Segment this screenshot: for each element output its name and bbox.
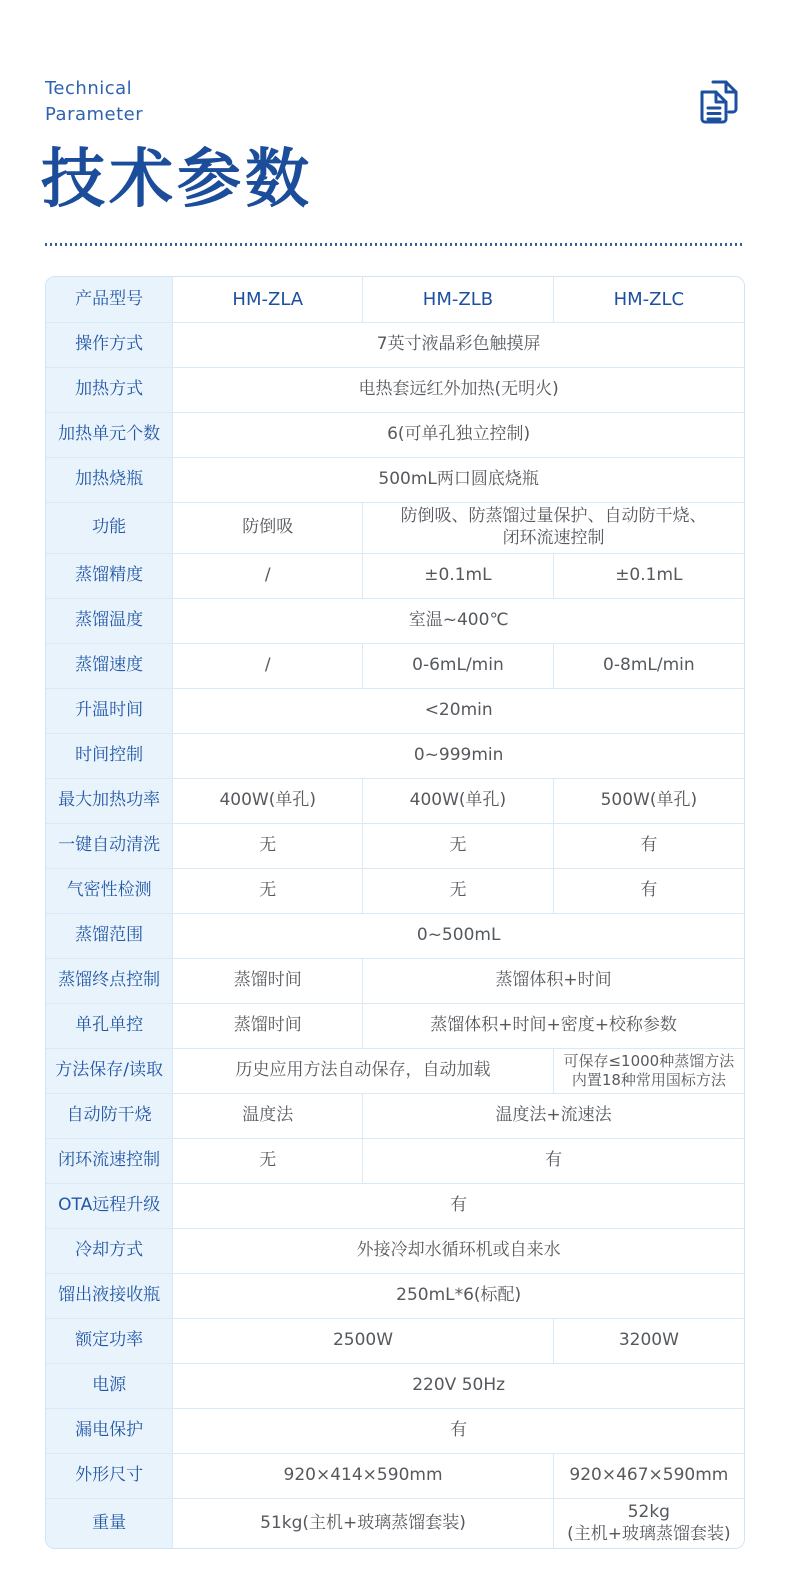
table-row: 馏出液接收瓶250mL*6(标配) [46, 1273, 744, 1318]
value-cell: 400W(单孔) [362, 779, 553, 823]
value-cell: 电热套远红外加热(无明火) [172, 368, 744, 412]
value-cell: 外接冷却水循环机或自来水 [172, 1229, 744, 1273]
value-cell: 蒸馏体积+时间+密度+校称参数 [362, 1004, 744, 1048]
dotted-separator [45, 243, 745, 246]
subtitle-line-1: Technical [45, 76, 745, 102]
table-row: OTA远程升级有 [46, 1183, 744, 1228]
table-row: 气密性检测无无有 [46, 868, 744, 913]
table-row: 单孔单控蒸馏时间蒸馏体积+时间+密度+校称参数 [46, 1003, 744, 1048]
row-label: 加热方式 [46, 368, 172, 412]
value-cell: 920×467×590mm [553, 1454, 744, 1498]
row-label: 操作方式 [46, 323, 172, 367]
value-cell: 有 [172, 1184, 744, 1228]
row-label: 蒸馏温度 [46, 599, 172, 643]
table-row: 闭环流速控制无有 [46, 1138, 744, 1183]
value-cell: 蒸馏时间 [172, 1004, 362, 1048]
table-row: 方法保存/读取历史应用方法自动保存，自动加载可保存≤1000种蒸馏方法 内置18… [46, 1048, 744, 1093]
value-cell: 有 [553, 869, 744, 913]
value-cell: 温度法+流速法 [362, 1094, 744, 1138]
documents-icon [695, 78, 745, 130]
value-cell: ±0.1mL [362, 554, 553, 598]
row-label: 蒸馏终点控制 [46, 959, 172, 1003]
row-label: 冷却方式 [46, 1229, 172, 1273]
table-row: 功能防倒吸防倒吸、防蒸馏过量保护、自动防干烧、 闭环流速控制 [46, 502, 744, 553]
value-cell: 250mL*6(标配) [172, 1274, 744, 1318]
subtitle-line-2: Parameter [45, 102, 745, 128]
value-cell: 无 [172, 869, 362, 913]
page-title: 技术参数 [41, 144, 745, 216]
value-cell: / [172, 644, 362, 688]
value-cell: 52kg (主机+玻璃蒸馏套装) [553, 1499, 744, 1549]
table-row: 蒸馏速度/0-6mL/min0-8mL/min [46, 643, 744, 688]
table-row: 蒸馏终点控制蒸馏时间蒸馏体积+时间 [46, 958, 744, 1003]
value-cell: 可保存≤1000种蒸馏方法 内置18种常用国标方法 [553, 1049, 744, 1093]
row-label: 加热烧瓶 [46, 458, 172, 502]
row-label: 方法保存/读取 [46, 1049, 172, 1093]
value-cell: 有 [172, 1409, 744, 1453]
row-label: 馏出液接收瓶 [46, 1274, 172, 1318]
table-row: 加热烧瓶500mL两口圆底烧瓶 [46, 457, 744, 502]
row-label: 额定功率 [46, 1319, 172, 1363]
model-name-cell: HM-ZLB [362, 277, 553, 322]
model-name-cell: HM-ZLC [553, 277, 744, 322]
table-row: 加热方式电热套远红外加热(无明火) [46, 367, 744, 412]
table-row: 蒸馏范围0~500mL [46, 913, 744, 958]
row-label: 产品型号 [46, 277, 172, 322]
value-cell: 无 [362, 869, 553, 913]
table-row: 自动防干烧温度法温度法+流速法 [46, 1093, 744, 1138]
value-cell: 温度法 [172, 1094, 362, 1138]
table-row: 额定功率2500W3200W [46, 1318, 744, 1363]
value-cell: 无 [172, 824, 362, 868]
row-label: 时间控制 [46, 734, 172, 778]
row-label: 重量 [46, 1499, 172, 1549]
value-cell: 220V 50Hz [172, 1364, 744, 1408]
row-label: 蒸馏范围 [46, 914, 172, 958]
row-label: 最大加热功率 [46, 779, 172, 823]
row-label: 单孔单控 [46, 1004, 172, 1048]
row-label: OTA远程升级 [46, 1184, 172, 1228]
value-cell: 室温~400℃ [172, 599, 744, 643]
row-label: 升温时间 [46, 689, 172, 733]
value-cell: 蒸馏时间 [172, 959, 362, 1003]
value-cell: 3200W [553, 1319, 744, 1363]
table-row: 加热单元个数6(可单孔独立控制) [46, 412, 744, 457]
value-cell: 0~500mL [172, 914, 744, 958]
value-cell: 0-8mL/min [553, 644, 744, 688]
subtitle-en: Technical Parameter [45, 76, 745, 128]
row-label: 电源 [46, 1364, 172, 1408]
value-cell: 无 [362, 824, 553, 868]
row-label: 自动防干烧 [46, 1094, 172, 1138]
value-cell: 0~999min [172, 734, 744, 778]
value-cell: 920×414×590mm [172, 1454, 552, 1498]
value-cell: <20min [172, 689, 744, 733]
table-row: 漏电保护有 [46, 1408, 744, 1453]
value-cell: 有 [362, 1139, 744, 1183]
model-name-cell: HM-ZLA [172, 277, 362, 322]
table-row: 一键自动清洗无无有 [46, 823, 744, 868]
value-cell: 400W(单孔) [172, 779, 362, 823]
table-row: 重量51kg(主机+玻璃蒸馏套装)52kg (主机+玻璃蒸馏套装) [46, 1498, 744, 1549]
table-row: 电源220V 50Hz [46, 1363, 744, 1408]
row-label: 外形尺寸 [46, 1454, 172, 1498]
spec-table: 产品型号HM-ZLAHM-ZLBHM-ZLC操作方式7英寸液晶彩色触摸屏加热方式… [45, 276, 745, 1549]
value-cell: 7英寸液晶彩色触摸屏 [172, 323, 744, 367]
page-header: Technical Parameter 技术参数 [45, 76, 745, 216]
table-header-row: 产品型号HM-ZLAHM-ZLBHM-ZLC [46, 277, 744, 322]
table-row: 外形尺寸920×414×590mm920×467×590mm [46, 1453, 744, 1498]
table-row: 时间控制0~999min [46, 733, 744, 778]
value-cell: 蒸馏体积+时间 [362, 959, 744, 1003]
value-cell: 500mL两口圆底烧瓶 [172, 458, 744, 502]
row-label: 功能 [46, 503, 172, 553]
value-cell: 2500W [172, 1319, 552, 1363]
row-label: 气密性检测 [46, 869, 172, 913]
value-cell: 防倒吸、防蒸馏过量保护、自动防干烧、 闭环流速控制 [362, 503, 744, 553]
row-label: 蒸馏速度 [46, 644, 172, 688]
value-cell: 51kg(主机+玻璃蒸馏套装) [172, 1499, 552, 1549]
value-cell: / [172, 554, 362, 598]
table-row: 升温时间<20min [46, 688, 744, 733]
value-cell: ±0.1mL [553, 554, 744, 598]
table-row: 操作方式7英寸液晶彩色触摸屏 [46, 322, 744, 367]
row-label: 加热单元个数 [46, 413, 172, 457]
value-cell: 防倒吸 [172, 503, 362, 553]
row-label: 一键自动清洗 [46, 824, 172, 868]
value-cell: 6(可单孔独立控制) [172, 413, 744, 457]
value-cell: 历史应用方法自动保存，自动加载 [172, 1049, 552, 1093]
value-cell: 500W(单孔) [553, 779, 744, 823]
row-label: 闭环流速控制 [46, 1139, 172, 1183]
technical-parameter-page: Technical Parameter 技术参数 产品型号HM-ZLAHM-ZL… [0, 0, 790, 1595]
value-cell: 0-6mL/min [362, 644, 553, 688]
row-label: 漏电保护 [46, 1409, 172, 1453]
table-row: 最大加热功率400W(单孔)400W(单孔)500W(单孔) [46, 778, 744, 823]
row-label: 蒸馏精度 [46, 554, 172, 598]
table-row: 冷却方式外接冷却水循环机或自来水 [46, 1228, 744, 1273]
table-row: 蒸馏精度/±0.1mL±0.1mL [46, 553, 744, 598]
value-cell: 有 [553, 824, 744, 868]
table-row: 蒸馏温度室温~400℃ [46, 598, 744, 643]
value-cell: 无 [172, 1139, 362, 1183]
